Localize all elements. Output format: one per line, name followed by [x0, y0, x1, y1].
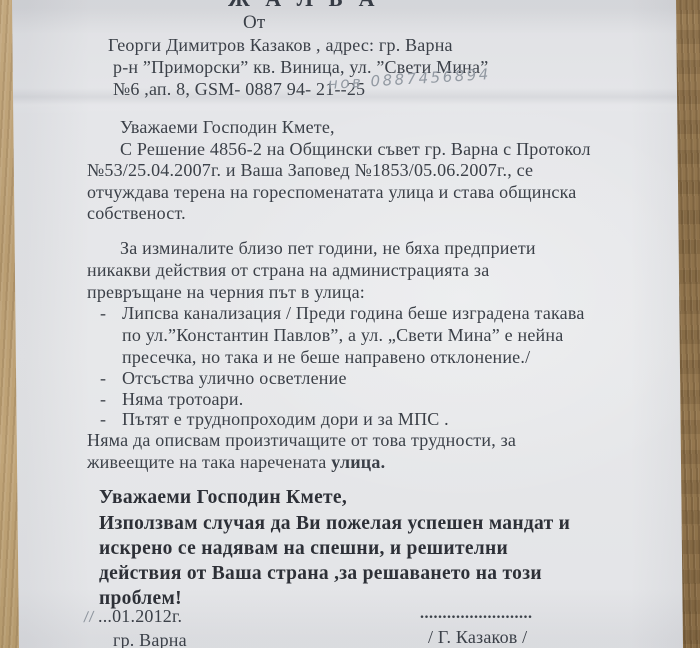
bullet-dash: -: [100, 368, 106, 389]
bullet3-line: Няма тротоари.: [122, 389, 243, 409]
date-line: ...01.2012г.: [98, 606, 182, 626]
bullet4-line: Пътят е труднопроходим дори и за МПС .: [122, 409, 449, 429]
handwritten-date-mark: //: [83, 607, 95, 628]
appeal-salutation: Уважаеми Господин Кмете,: [99, 488, 347, 508]
para2-line: За изминалите близо пет години, не бяха …: [120, 238, 536, 258]
bullet-dash: -: [100, 409, 106, 430]
signature-name: / Г. Казаков /: [428, 627, 527, 647]
salutation-line: Уважаеми Господин Кмете,: [120, 117, 335, 137]
closing-line: Няма да описвам произтичащите от това тр…: [87, 430, 516, 450]
letter-page: Ж А Л Б А От Георги Димитров Казаков , а…: [0, 0, 700, 648]
city-line: гр. Варна: [113, 630, 187, 648]
para1-line: №53/25.04.2007г. и Ваша Заповед №1853/05…: [87, 160, 533, 180]
bullet1-line: по ул.”Константин Павлов”, а ул. „Свети …: [122, 325, 563, 345]
bullet-dash: -: [100, 389, 106, 410]
bullet2-line: Отсъства улично осветление: [122, 368, 347, 388]
photo-of-complaint-letter: Ж А Л Б А От Георги Димитров Казаков , а…: [0, 0, 700, 648]
bullet1-line: пресечка, но така и не беше направено от…: [122, 347, 530, 367]
closing-line-bold-word: улица.: [331, 452, 385, 472]
closing-line-normal: живеещите на така наречената: [87, 452, 331, 472]
para2-line: превръщане на черния път в улица:: [87, 282, 365, 302]
document-title: Ж А Л Б А: [228, 0, 379, 9]
from-label: От: [243, 13, 265, 33]
appeal-line: искрено се надявам на спешни, и решителн…: [99, 539, 508, 559]
signature-dotted-line: .........................: [420, 604, 533, 624]
bullet-dash: -: [100, 303, 106, 324]
closing-line: живеещите на така наречената улица.: [87, 452, 385, 472]
sender-name-line: Георги Димитров Казаков , адрес: гр. Вар…: [108, 35, 453, 55]
para2-line: никакви действия от страна на администра…: [87, 260, 489, 280]
bullet1-line: Липсва канализация / Преди година беше и…: [122, 303, 585, 323]
appeal-line: действия от Ваша страна ,за решаването н…: [99, 564, 542, 584]
para1-line: отчуждава терена на гореспоменатата улиц…: [87, 182, 576, 202]
para1-line: собственост.: [87, 203, 186, 223]
appeal-line: Използвам случая да Ви пожелая успешен м…: [99, 514, 570, 534]
para1-line: С Решение 4856-2 на Общински съвет гр. В…: [120, 139, 591, 159]
